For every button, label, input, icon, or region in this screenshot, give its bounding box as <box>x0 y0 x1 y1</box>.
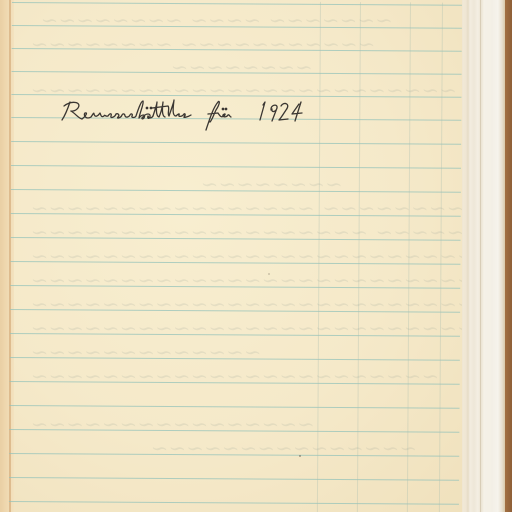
paper-speck <box>268 273 270 275</box>
rule-line <box>12 48 462 52</box>
rule-line <box>10 261 460 265</box>
column-line <box>357 2 361 512</box>
rule-line <box>11 165 461 169</box>
rule-line <box>10 309 460 313</box>
page-heading: Revisorsberättelse för 1924 <box>58 96 398 136</box>
rule-line <box>9 501 459 505</box>
ledger-page: ~~~~~~~ ~~~~ ~~~~~~~~ ~~~~~~~~~~~ ~~~~~~… <box>0 0 462 512</box>
rule-line <box>10 357 460 361</box>
page-edges <box>460 0 505 512</box>
column-line <box>407 2 411 512</box>
rule-line <box>9 477 459 481</box>
rule-line <box>9 453 459 457</box>
rule-line <box>12 25 462 29</box>
rule-line <box>11 213 461 217</box>
book-photo: ~~~~~~~ ~~~~ ~~~~~~~~ ~~~~~~~~~~~ ~~~~~~… <box>0 0 512 512</box>
rule-line <box>10 405 460 409</box>
rule-line <box>10 285 460 289</box>
column-line <box>317 2 321 512</box>
column-line <box>439 3 443 512</box>
rule-line <box>11 237 461 241</box>
rule-line <box>12 71 462 75</box>
rule-line <box>11 141 461 145</box>
rule-line <box>11 189 461 193</box>
ruled-lines <box>9 0 462 512</box>
rule-line <box>9 429 459 433</box>
rule-line <box>10 381 460 385</box>
rule-line <box>10 333 460 337</box>
rule-line <box>12 2 462 6</box>
paper-speck <box>299 455 301 457</box>
page-heading-text: Revisorsberättelse för 1924 <box>58 96 312 117</box>
